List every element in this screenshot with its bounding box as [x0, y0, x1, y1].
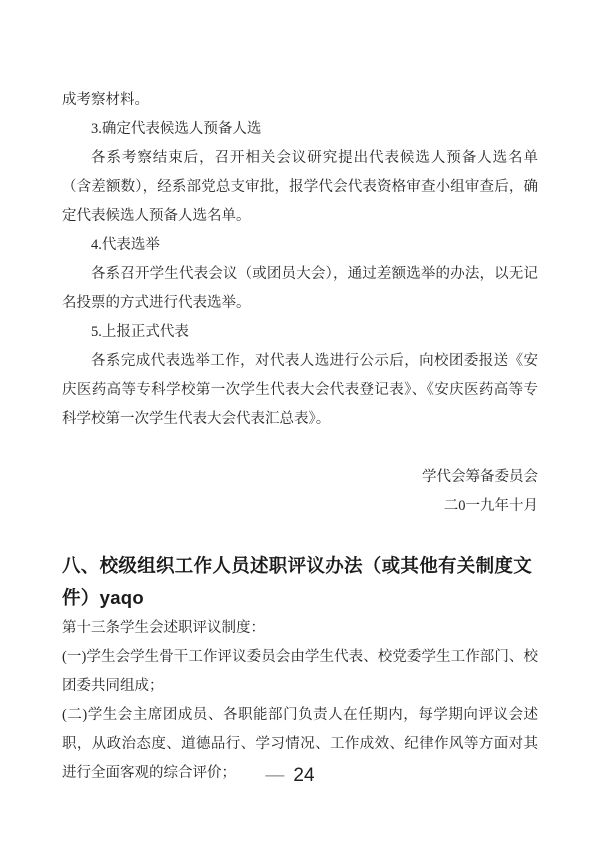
- clause-paragraph: 第十三条学生会述职评议制度：: [62, 614, 538, 643]
- date-line: 二0一九年十月: [62, 492, 538, 521]
- section-heading: 八、校级组织工作人员述职评议办法（或其他有关制度文件）yaqo: [62, 550, 538, 614]
- paragraph: 各系完成代表选举工作，对代表人选进行公示后，向校团委报送《安庆医药高等专科学校第…: [62, 347, 538, 434]
- page-number: 24: [293, 765, 314, 786]
- page-footer: —24: [0, 764, 600, 788]
- paragraph: 各系考察结束后，召开相关会议研究提出代表候选人预备人选名单（含差额数），经系部党…: [62, 144, 538, 231]
- signature-line: 学代会筹备委员会: [62, 463, 538, 492]
- paragraph: 5.上报正式代表: [62, 318, 538, 347]
- clause-paragraph: (一)学生会学生骨干工作评议委员会由学生代表、校党委学生工作部门、校团委共同组成…: [62, 643, 538, 701]
- paragraph: 4.代表选举: [62, 231, 538, 260]
- footer-dash: —: [265, 765, 284, 786]
- document-body: 成考察材料。3.确定代表候选人预备人选各系考察结束后，召开相关会议研究提出代表候…: [62, 86, 538, 788]
- document-page: 成考察材料。3.确定代表候选人预备人选各系考察结束后，召开相关会议研究提出代表候…: [0, 0, 600, 848]
- paragraph: 3.确定代表候选人预备人选: [62, 115, 538, 144]
- paragraph: 各系召开学生代表会议（或团员大会），通过差额选举的办法，以无记名投票的方式进行代…: [62, 260, 538, 318]
- paragraph: 成考察材料。: [62, 86, 538, 115]
